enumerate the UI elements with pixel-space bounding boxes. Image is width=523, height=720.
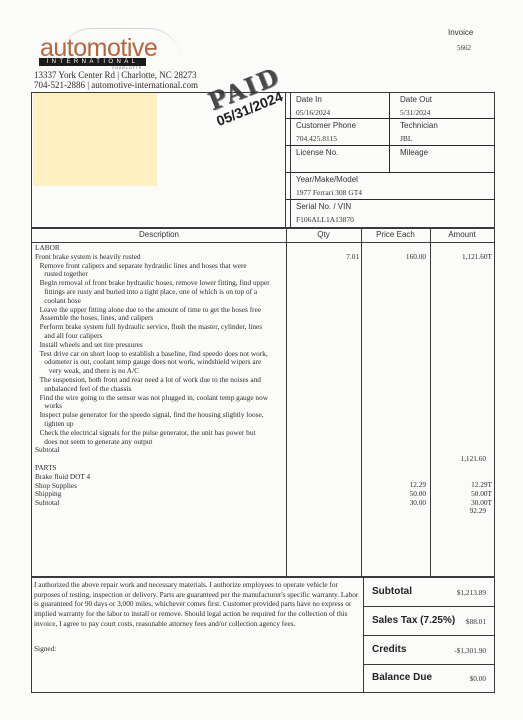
vin-cell: Serial No. / VIN F106ALL1A13870 [286,200,494,227]
description-column: LABORFront brake system is heavily ruste… [35,244,283,508]
labor-price: 160.00 [406,253,426,262]
sales-tax-row: Sales Tax (7.25%) $88.01 [364,607,494,636]
description-line [35,455,283,464]
column-divider [286,229,287,576]
subtotal-value: $1,213.89 [457,588,486,597]
date-out-value: 5/31/2024 [400,108,430,117]
mileage-cell: Mileage [390,146,494,173]
part-price: 30.00 [410,499,426,508]
header-divider [32,242,494,243]
signed-label: Signed: [34,644,56,653]
technician-value: JBL [400,134,413,143]
header-description: Description [32,230,286,239]
company-address: 13337 York Center Rd | Charlotte, NC 282… [34,70,197,80]
description-line: Shipping [35,490,283,499]
subtotal-row: Subtotal $1,213.89 [364,578,494,607]
header-amount: Amount [430,230,494,239]
invoice-number: 5662 [457,44,471,52]
ymm-value: 1977 Ferrari 308 GT4 [296,188,362,197]
date-in-label: Date In [296,95,322,104]
ymm-cell: Year/Make/Model 1977 Ferrari 308 GT4 [286,173,494,200]
vin-label: Serial No. / VIN [296,202,351,211]
date-out-label: Date Out [400,95,432,104]
technician-cell: Technician JBL [390,119,494,146]
totals-box: Subtotal $1,213.89 Sales Tax (7.25%) $88… [363,577,495,693]
subtotal-label: Subtotal [372,586,412,597]
terms-text: I authorized the above repair work and n… [34,580,364,629]
labor-amount: 1,121.60T [462,253,492,262]
phone-cell: Customer Phone 704.425.8115 [286,119,390,146]
column-divider [361,229,362,576]
sales-tax-value: $88.01 [466,617,486,626]
column-divider [430,229,431,576]
technician-label: Technician [400,121,438,130]
line-items-table: Description Qty Price Each Amount LABORF… [31,228,495,577]
credits-value: -$1,301.90 [454,646,486,655]
parts-subtotal: 92.29 [470,507,486,516]
description-line: Find the wire going to the sensor was no… [35,394,283,403]
vehicle-info-box: Date In 05/16/2024 Date Out 5/31/2024 Cu… [285,92,495,228]
balance-due-label: Balance Due [372,672,432,683]
date-out-cell: Date Out 5/31/2024 [390,93,494,119]
license-label: License No. [296,148,338,157]
sales-tax-label: Sales Tax (7.25%) [372,615,455,626]
phone-value: 704.425.8115 [296,134,337,143]
labor-qty: 7.01 [346,253,359,262]
company-contact: 704-521-2886 | automotive-international.… [34,80,198,90]
company-logo-bar: INTERNATIONAL [39,58,146,66]
header-qty: Qty [286,230,361,239]
date-in-cell: Date In 05/16/2024 [286,93,390,119]
labor-subtotal: 1,121.60 [460,455,486,464]
balance-due-value: $0.00 [470,674,486,683]
redacted-sticky-note [33,93,157,186]
phone-label: Customer Phone [296,121,356,130]
credits-label: Credits [372,644,406,655]
description-line: Shop Supplies [35,482,283,491]
balance-due-row: Balance Due $0.00 [364,665,494,692]
vin-value: F106ALL1A13870 [296,215,354,224]
header-price: Price Each [361,230,430,239]
description-line: Subtotal [35,499,283,508]
ymm-label: Year/Make/Model [296,175,358,184]
date-in-value: 05/16/2024 [296,108,330,117]
license-cell: License No. [286,146,390,173]
invoice-label: Invoice [448,28,473,37]
terms-box: I authorized the above repair work and n… [31,577,364,693]
description-line: Subtotal [35,446,283,455]
description-line: does not seem to generate any output [35,438,283,447]
credits-row: Credits -$1,301.90 [364,636,494,665]
mileage-label: Mileage [400,148,428,157]
